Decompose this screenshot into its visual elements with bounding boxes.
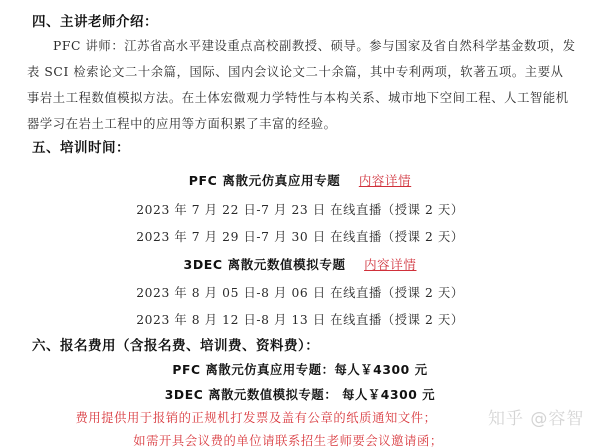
invoice-note: 费用提供用于报销的正规机打发票及盖有公章的纸质通知文件； bbox=[0, 408, 556, 426]
section-heading-instructor: 四、主讲老师介绍： bbox=[32, 10, 158, 30]
schedule-session: 2023 年 7 月 29 日-7 月 30 日 在线直播（授课 2 天） bbox=[0, 227, 600, 245]
course-title-row: 3DEC 离散元数值模拟专题 内容详情 bbox=[0, 255, 600, 273]
instructor-bio: PFC 讲师：江苏省高水平建设重点高校副教授、硕导。参与国家及省自然科学基金数项… bbox=[27, 33, 572, 137]
fee-3dec: 3DEC 离散元数值模拟专题： 每人￥4300 元 bbox=[0, 385, 600, 403]
schedule-session: 2023 年 7 月 22 日-7 月 23 日 在线直播（授课 2 天） bbox=[0, 200, 600, 218]
section-heading-fees: 六、报名费用（含报名费、培训费、资料费）： bbox=[32, 334, 319, 354]
schedule-session: 2023 年 8 月 05 日-8 月 06 日 在线直播（授课 2 天） bbox=[0, 283, 600, 301]
zhihu-watermark: 知乎 @容智 bbox=[488, 404, 584, 429]
pfc-details-link[interactable]: 内容详情 bbox=[359, 173, 411, 188]
fee-pfc: PFC 离散元仿真应用专题：每人￥4300 元 bbox=[0, 360, 600, 378]
bio-line: 事岩土工程数值模拟方法。在土体宏微观力学特性与本构关系、城市地下空间工程、人工智… bbox=[27, 85, 572, 111]
course-title-3dec: 3DEC 离散元数值模拟专题 bbox=[184, 257, 346, 272]
course-title-pfc: PFC 离散元仿真应用专题 bbox=[189, 173, 341, 188]
3dec-details-link[interactable]: 内容详情 bbox=[364, 257, 416, 272]
bio-line: 表 SCI 检索论文二十余篇，国际、国内会议论文二十余篇，其中专利两项，软著五项… bbox=[27, 59, 572, 85]
schedule-session: 2023 年 8 月 12 日-8 月 13 日 在线直播（授课 2 天） bbox=[0, 310, 600, 328]
bio-line: PFC 讲师：江苏省高水平建设重点高校副教授、硕导。参与国家及省自然科学基金数项… bbox=[27, 33, 572, 59]
section-heading-schedule: 五、培训时间： bbox=[32, 136, 130, 156]
bio-line: 器学习在岩土工程中的应用等方面积累了丰富的经验。 bbox=[27, 111, 572, 137]
course-title-row: PFC 离散元仿真应用专题 内容详情 bbox=[0, 171, 600, 189]
document-page: 四、主讲老师介绍： PFC 讲师：江苏省高水平建设重点高校副教授、硕导。参与国家… bbox=[0, 0, 600, 447]
invitation-note: 如需开具会议费的单位请联系招生老师要会议邀请函； bbox=[0, 431, 588, 447]
